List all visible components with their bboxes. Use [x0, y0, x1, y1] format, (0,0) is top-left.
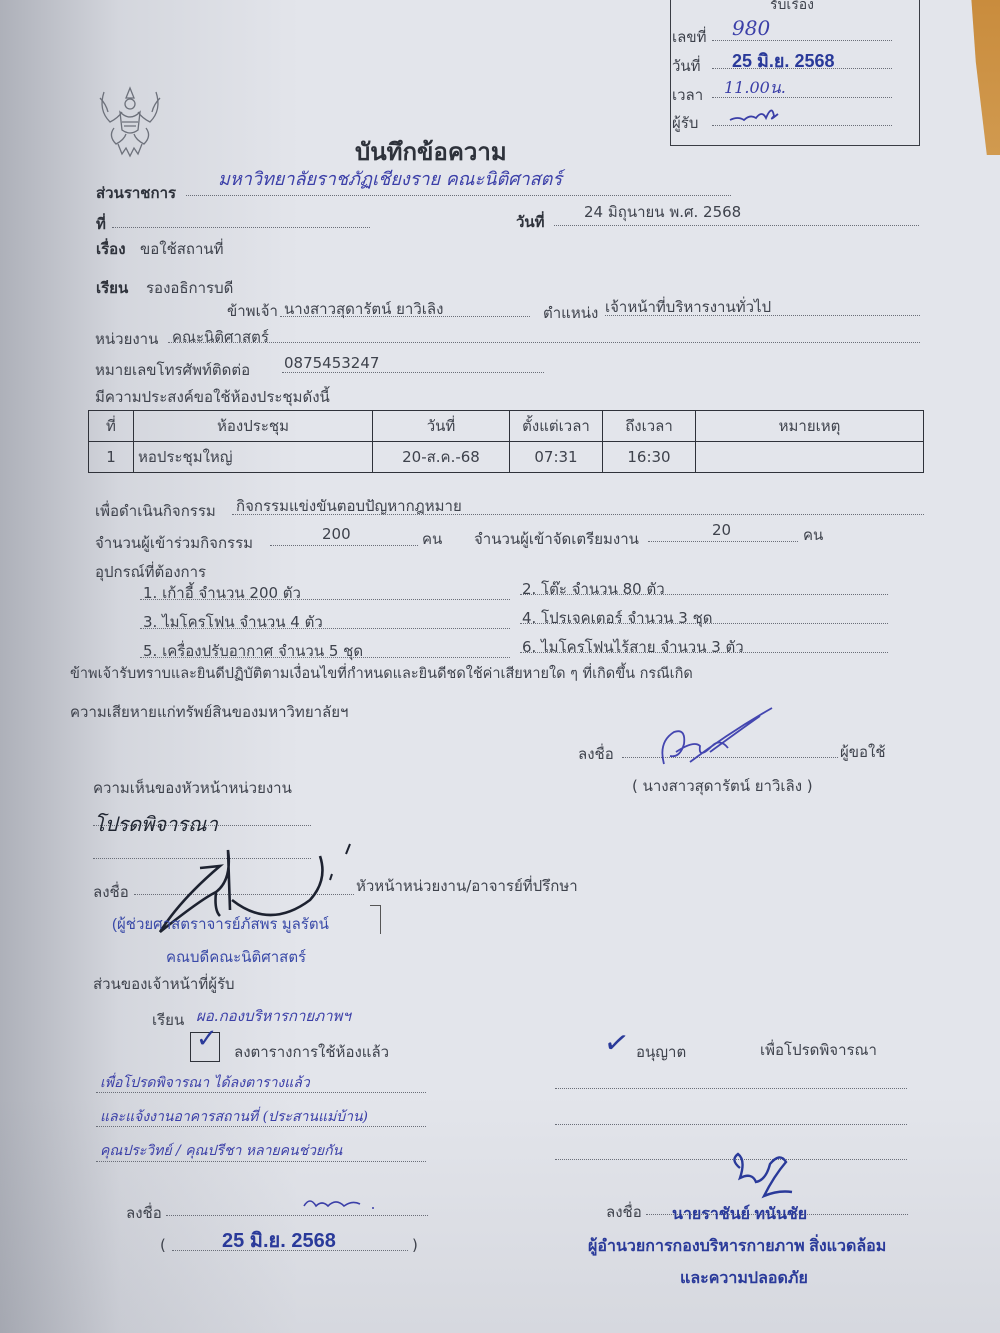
- purpose-intro: มีความประสงค์ขอใช้ห้องประชุมดังนี้: [95, 385, 330, 409]
- officer-note-line-3: คุณประวิทย์ / คุณปรีชา หลายคนช่วยกัน: [100, 1140, 342, 1162]
- col-date: วันที่: [373, 411, 510, 442]
- agreement-line-1: ข้าพเจ้ารับทราบและยินดีปฏิบัติตามเงื่อนไ…: [70, 662, 693, 685]
- officer-to-value: ผอ.กองบริหารกายภาพฯ: [196, 1004, 351, 1028]
- stamp-border: [370, 905, 381, 934]
- date-label: วันที่: [516, 210, 545, 234]
- dotted-line: [140, 599, 510, 600]
- ref-label: ที่: [96, 212, 106, 236]
- dotted-line: [555, 1088, 907, 1089]
- position-label: ตำแหน่ง: [543, 301, 598, 325]
- agreement-line-2: ความเสียหายแก่ทรัพย์สินของมหาวิทยาลัยฯ: [70, 700, 348, 724]
- applicant-sign-role: ผู้ขอใช้: [840, 740, 886, 764]
- cell-start-time: 07:31: [510, 442, 603, 473]
- officer-date-open-paren: (: [160, 1236, 166, 1254]
- dotted-line: [112, 227, 370, 228]
- phone-label: หมายเลขโทรศัพท์ติดต่อ: [95, 358, 250, 382]
- col-remarks: หมายเหตุ: [696, 411, 924, 442]
- dotted-line: [648, 541, 798, 542]
- dotted-line: [555, 1124, 907, 1125]
- staff-value: 20: [712, 521, 731, 539]
- equipment-item-1: 1. เก้าอี้ จำนวน 200 ตัว: [143, 581, 301, 605]
- director-stamp-title-2: และความปลอดภัย: [680, 1266, 808, 1291]
- receipt-date-label: วันที่: [672, 54, 701, 78]
- to-label: เรียน: [96, 276, 128, 300]
- staff-unit: คน: [803, 523, 823, 547]
- equipment-item-5: 5. เครื่องปรับอากาศ จำนวน 5 ชุด: [143, 639, 363, 663]
- dotted-line: [96, 1161, 426, 1162]
- receipt-receiver-label: ผู้รับ: [672, 111, 698, 135]
- phone-value: 0875453247: [284, 354, 379, 372]
- i-label: ข้าพเจ้า: [227, 299, 278, 323]
- head-opinion-label: ความเห็นของหัวหน้าหน่วยงาน: [93, 776, 292, 800]
- director-signature: [726, 1150, 796, 1206]
- head-stamp-name: (ผู้ช่วยศาสตราจารย์ภัสพร มูลรัตน์: [112, 912, 329, 936]
- approve-option[interactable]: อนุญาต: [636, 1040, 686, 1064]
- dotted-line: [168, 342, 920, 343]
- director-sign-label: ลงชื่อ: [606, 1200, 642, 1224]
- director-stamp-name: นายราชันย์ ทนันชัย: [672, 1202, 807, 1227]
- dotted-line: [270, 545, 418, 546]
- applicant-name: นางสาวสุดารัตน์ ยาวิเลิง: [284, 297, 443, 321]
- receipt-date-value: 25 มิ.ย. 2568: [732, 46, 834, 75]
- receipt-time-value: 11.00น.: [724, 76, 786, 101]
- officer-signature: [300, 1192, 390, 1214]
- table-header-row: ที่ ห้องประชุม วันที่ ตั้งแต่เวลา ถึงเวล…: [89, 411, 924, 442]
- receipt-time-label: เวลา: [672, 83, 703, 107]
- dotted-line: [520, 652, 888, 653]
- agency-value: มหาวิทยาลัยราชภัฏเชียงราย คณะนิติศาสตร์: [218, 164, 562, 193]
- head-stamp-title: คณบดีคณะนิติศาสตร์: [166, 945, 306, 969]
- dotted-line: [554, 225, 919, 226]
- subject-value: ขอใช้สถานที่: [140, 237, 224, 261]
- cell-number: 1: [89, 442, 134, 473]
- director-stamp-title-1: ผู้อำนวยการกองบริหารกายภาพ สิ่งแวดล้อม: [588, 1234, 886, 1259]
- date-value: 24 มิถุนายน พ.ศ. 2568: [584, 200, 741, 224]
- dotted-line: [712, 40, 892, 41]
- dotted-line: [140, 657, 510, 658]
- officer-sign-label: ลงชื่อ: [126, 1201, 162, 1225]
- dotted-line: [186, 195, 731, 196]
- applicant-sign-label: ลงชื่อ: [578, 742, 614, 766]
- cell-room: หอประชุมใหญ่: [134, 442, 373, 473]
- dotted-line: [520, 623, 888, 624]
- dotted-line: [140, 628, 510, 629]
- participants-unit: คน: [422, 527, 442, 551]
- col-room: ห้องประชุม: [134, 411, 373, 442]
- unit-label: หน่วยงาน: [95, 327, 158, 351]
- applicant-signature: [650, 702, 780, 772]
- head-sign-role: หัวหน้าหน่วยงาน/อาจารย์ที่ปรึกษา: [356, 874, 578, 898]
- staff-label: จำนวนผู้เข้าจัดเตรียมงาน: [474, 527, 639, 551]
- dotted-line: [96, 1126, 426, 1127]
- garuda-emblem-icon: [92, 82, 168, 162]
- dotted-line: [520, 594, 888, 595]
- cell-date: 20-ส.ค.-68: [373, 442, 510, 473]
- equipment-item-2: 2. โต๊ะ จำนวน 80 ตัว: [522, 577, 665, 601]
- consider-option[interactable]: เพื่อโปรดพิจารณา: [760, 1038, 877, 1062]
- subject-label: เรื่อง: [96, 237, 126, 261]
- col-number: ที่: [89, 411, 134, 442]
- equipment-item-3: 3. ไมโครโฟน จำนวน 4 ตัว: [143, 610, 323, 634]
- room-booking-table: ที่ ห้องประชุม วันที่ ตั้งแต่เวลา ถึงเวล…: [88, 410, 924, 473]
- cell-remarks: [696, 442, 924, 473]
- checkmark-icon: ✓: [196, 1024, 218, 1054]
- checkbox-label: ลงตารางการใช้ห้องแล้ว: [234, 1040, 389, 1064]
- officer-section-label: ส่วนของเจ้าหน้าที่ผู้รับ: [93, 972, 235, 996]
- unit-value: คณะนิติศาสตร์: [172, 325, 269, 349]
- officer-note-line-1: เพื่อโปรดพิจารณา ได้ลงตารางแล้ว: [100, 1072, 310, 1094]
- receipt-heading: รับเรื่อง: [770, 0, 814, 16]
- dotted-line: [96, 1092, 426, 1093]
- equipment-item-4: 4. โปรเจคเตอร์ จำนวน 3 ชุด: [522, 606, 713, 630]
- applicant-sign-name: ( นางสาวสุดารัตน์ ยาวิเลิง ): [632, 774, 813, 798]
- participants-label: จำนวนผู้เข้าร่วมกิจกรรม: [95, 531, 253, 555]
- officer-to-label: เรียน: [152, 1008, 184, 1032]
- receipt-number-value: 980: [732, 16, 770, 40]
- col-end-time: ถึงเวลา: [603, 411, 696, 442]
- activity-value: กิจกรรมแข่งขันตอบปัญหากฎหมาย: [236, 494, 462, 518]
- col-start-time: ตั้งแต่เวลา: [510, 411, 603, 442]
- to-value: รองอธิการบดี: [146, 276, 233, 300]
- receiver-initials: [728, 104, 784, 126]
- officer-date-value: 25 มิ.ย. 2568: [222, 1224, 336, 1256]
- activity-label: เพื่อดำเนินกิจกรรม: [95, 499, 216, 523]
- table-row: 1 หอประชุมใหญ่ 20-ส.ค.-68 07:31 16:30: [89, 442, 924, 473]
- participants-value: 200: [322, 525, 351, 543]
- position-value: เจ้าหน้าที่บริหารงานทั่วไป: [605, 295, 771, 319]
- dotted-line: [282, 372, 544, 373]
- dotted-line: [166, 1215, 428, 1216]
- officer-note-line-2: และแจ้งงานอาคารสถานที่ (ประสานแม่บ้าน): [100, 1106, 368, 1128]
- cell-end-time: 16:30: [603, 442, 696, 473]
- head-opinion-handwritten: โปรดพิจารณา: [94, 808, 218, 840]
- equipment-item-6: 6. ไมโครโฟนไร้สาย จำนวน 3 ตัว: [522, 635, 744, 659]
- receipt-number-label: เลขที่: [672, 25, 706, 49]
- officer-date-close-paren: ): [412, 1236, 418, 1254]
- agency-label: ส่วนราชการ: [96, 181, 176, 205]
